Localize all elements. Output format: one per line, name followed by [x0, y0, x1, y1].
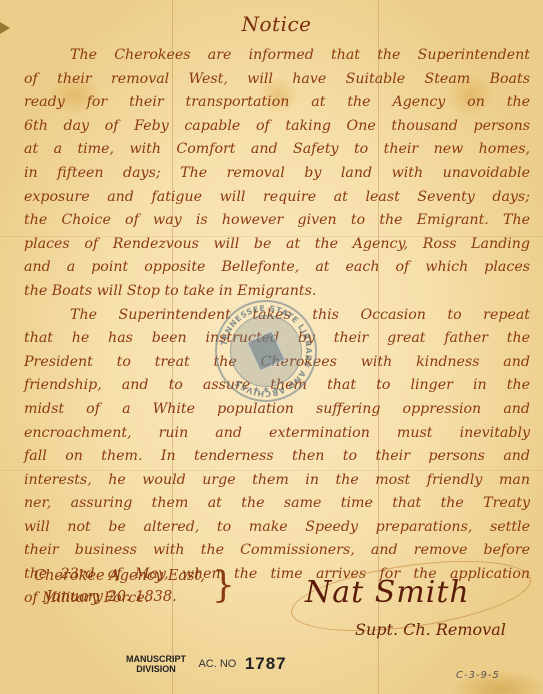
- body-line: interests, he would urge them in the mos…: [24, 469, 530, 493]
- body-line: places of Rendezvous will be at the Agen…: [24, 233, 530, 257]
- body-line: and a point opposite Bellefonte, at each…: [24, 256, 530, 280]
- body-line: the Boats will Stop to take in Emigrants…: [24, 280, 530, 304]
- signature-title: Supt. Ch. Removal: [355, 620, 506, 639]
- body-line: midst of a White population suffering op…: [24, 398, 530, 422]
- stamp-department-line2: DIVISION: [136, 664, 176, 674]
- body-line: The Cherokees are informed that the Supe…: [24, 44, 530, 68]
- date-text: January 20. 1838.: [34, 587, 205, 608]
- dateline: Cherokee Agency East, January 20. 1838.: [34, 566, 205, 608]
- body-line: ner, assuring them at the same time that…: [24, 492, 530, 516]
- manuscript-page: Notice The Cherokees are informed that t…: [0, 0, 543, 694]
- accession-number: 1787: [245, 654, 287, 673]
- body-line: fall on them. In tenderness then to thei…: [24, 445, 530, 469]
- brace-mark: }: [212, 566, 235, 606]
- svg-text:TENNESSEE STATE LIBRARY AND AR: TENNESSEE STATE LIBRARY AND ARCHIVES: [219, 304, 313, 398]
- body-line: in fifteen days; The removal by land wit…: [24, 162, 530, 186]
- archive-seal: TENNESSEE STATE LIBRARY AND ARCHIVES TEN…: [215, 300, 317, 402]
- body-line: exposure and fatigue will require at lea…: [24, 186, 530, 210]
- stamp-department-line1: MANUSCRIPT: [126, 654, 186, 664]
- stamp-department: MANUSCRIPT DIVISION: [126, 654, 186, 674]
- body-line: their business with the Commissioners, a…: [24, 539, 530, 563]
- body-line: will not be altered, to make Speedy prep…: [24, 516, 530, 540]
- body-line: at a time, with Comfort and Safety to th…: [24, 138, 530, 162]
- catalog-number: C-3-9-5: [456, 670, 500, 681]
- archive-stamp: MANUSCRIPT DIVISION AC. NO 1787: [126, 654, 287, 674]
- place-text: Cherokee Agency East,: [34, 568, 205, 584]
- signature: Nat Smith: [305, 575, 470, 610]
- body-line: 6th day of Feby capable of taking One th…: [24, 115, 530, 139]
- body-line: the Choice of way is however given to th…: [24, 209, 530, 233]
- notice-title: Notice: [0, 12, 543, 36]
- body-line: of their removal West, will have Suitabl…: [24, 68, 530, 92]
- accession-label: AC. NO: [198, 658, 236, 670]
- body-line: ready for their transportation at the Ag…: [24, 91, 530, 115]
- body-line: encroachment, ruin and extermination mus…: [24, 422, 530, 446]
- seal-stars: ★ ★ ★: [217, 385, 315, 394]
